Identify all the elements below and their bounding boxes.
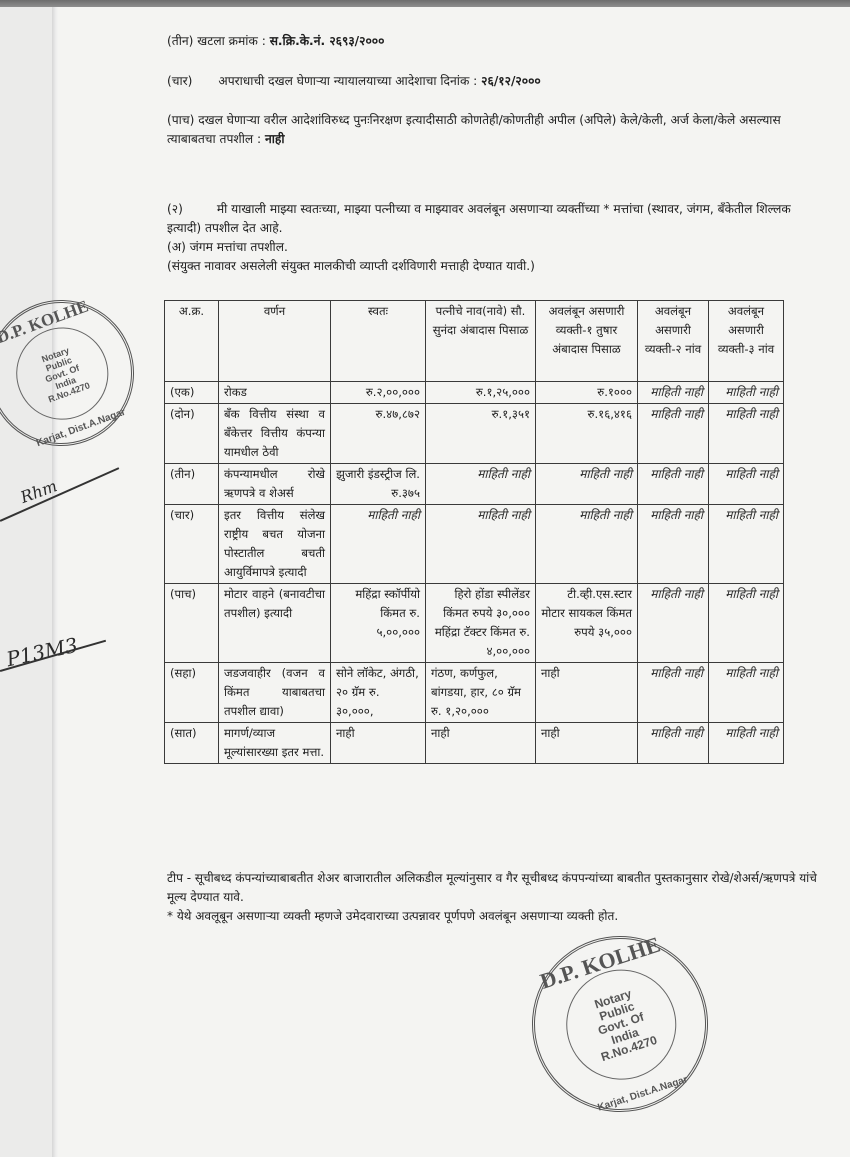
row-number: (एक) <box>165 382 219 404</box>
cell-value: माहिती नाही <box>331 505 426 584</box>
column-header: अवलंबून असणारी व्यक्ती-३ नांव <box>709 301 784 382</box>
cell-value: नाही <box>426 723 536 764</box>
cell-value: माहिती नाही <box>709 584 784 663</box>
row-number: (सात) <box>165 723 219 764</box>
row-number: (पाच) <box>165 584 219 663</box>
cell-value: माहिती नाही <box>638 464 709 505</box>
cell-value: माहिती नाही <box>638 663 709 723</box>
cell-value: माहिती नाही <box>638 382 709 404</box>
cell-value: माहिती नाही <box>638 404 709 464</box>
row-number: (तीन) <box>165 464 219 505</box>
cell-value: रु.१,२५,००० <box>426 382 536 404</box>
appeal-value: नाही <box>265 132 285 146</box>
column-header: वर्णन <box>219 301 331 382</box>
case-number-line: (तीन) खटला क्रमांक : स.क्रि.के.नं. २६९३/… <box>167 32 384 51</box>
table-row: (एक)रोकडरु.२,००,०००रु.१,२५,०००रु.१०००माह… <box>165 382 784 404</box>
case-number-value: स.क्रि.के.नं. २६९३/२००० <box>270 34 385 48</box>
movable-assets-table: अ.क्र.वर्णनस्वतःपत्नीचे नाव(नावे) सौ. सु… <box>164 300 784 764</box>
cell-value: नाही <box>331 723 426 764</box>
cell-value: माहिती नाही <box>426 505 536 584</box>
declaration-text: मी याखाली माझ्या स्वतःच्या, माझ्या पत्नी… <box>167 202 791 235</box>
cell-value: टी.व्ही.एस.स्टार मोटार सायकल किंमत रुपये… <box>536 584 638 663</box>
row-number: (दोन) <box>165 404 219 464</box>
row-description: कंपन्यामधील रोखे ऋणपत्रे व शेअर्स <box>219 464 331 505</box>
row-number: (चार) <box>165 505 219 584</box>
section-note: (संयुक्त नावावर असलेली संयुक्त मालकीची व… <box>167 257 807 276</box>
row-description: मोटार वाहने (बनावटीचा तपशील) इत्यादी <box>219 584 331 663</box>
cell-value: झुजारी इंडस्ट्रीज लि. रु.३७५ <box>331 464 426 505</box>
cell-value: माहिती नाही <box>709 723 784 764</box>
section-title: (अ) जंगम मत्तांचा तपशील. <box>167 238 807 257</box>
footnote-star: * येथे अवलूबून असणाऱ्या व्यक्ती म्हणजे उ… <box>167 907 817 926</box>
appeal-text: (पाच) दखल घेणाऱ्या वरील आदेशांविरुध्द पु… <box>167 113 781 146</box>
table-row: (दोन)बँक वित्तीय संस्था व बँकेत्तर वित्त… <box>165 404 784 464</box>
row-description: जडजवाहीर (वजन व किंमत याबाबतचा तपशील द्य… <box>219 663 331 723</box>
order-date-line: (चार)अपराधाची दखल घेणाऱ्या न्यायालयाच्या… <box>167 72 541 91</box>
column-header: अ.क्र. <box>165 301 219 382</box>
table-row: (सहा)जडजवाहीर (वजन व किंमत याबाबतचा तपशी… <box>165 663 784 723</box>
cell-value: माहिती नाही <box>638 505 709 584</box>
cell-value: माहिती नाही <box>709 505 784 584</box>
cell-value: माहिती नाही <box>709 404 784 464</box>
cell-value: रु.१,३५१ <box>426 404 536 464</box>
row-description: इतर वित्तीय संलेख राष्ट्रीय बचत योजना पो… <box>219 505 331 584</box>
column-header: स्वतः <box>331 301 426 382</box>
column-header: अवलंबून असणारी व्यक्ती-१ तुषार अंबादास प… <box>536 301 638 382</box>
page-fold <box>52 0 58 1157</box>
footnote-block: टीप - सूचीबध्द कंपन्यांच्याबाबतीत शेअर ब… <box>167 869 817 926</box>
table-header-row: अ.क्र.वर्णनस्वतःपत्नीचे नाव(नावे) सौ. सु… <box>165 301 784 382</box>
cell-value: माहिती नाही <box>709 663 784 723</box>
cell-value: रु.१६,४१६ <box>536 404 638 464</box>
table-row: (तीन)कंपन्यामधील रोखे ऋणपत्रे व शेअर्सझु… <box>165 464 784 505</box>
row-description: बँक वित्तीय संस्था व बँकेत्तर वित्तीय कं… <box>219 404 331 464</box>
cell-value: रु.१००० <box>536 382 638 404</box>
cell-value: रु.२,००,००० <box>331 382 426 404</box>
row-number: (सहा) <box>165 663 219 723</box>
cell-value: माहिती नाही <box>426 464 536 505</box>
column-header: पत्नीचे नाव(नावे) सौ. सुनंदा अंबादास पिस… <box>426 301 536 382</box>
footnote-tip: टीप - सूचीबध्द कंपन्यांच्याबाबतीत शेअर ब… <box>167 869 817 907</box>
cell-value: रु.४७,८७२ <box>331 404 426 464</box>
declaration-number: (२) <box>167 202 183 216</box>
order-date-text: अपराधाची दखल घेणाऱ्या न्यायालयाच्या आदेश… <box>218 74 481 88</box>
page-margin <box>0 0 54 1157</box>
cell-value: माहिती नाही <box>536 464 638 505</box>
cell-value: गंठण, कर्णफुल, बांगडया, हार, ८० ग्रॅम रु… <box>426 663 536 723</box>
table-row: (पाच)मोटार वाहने (बनावटीचा तपशील) इत्याद… <box>165 584 784 663</box>
cell-value: माहिती नाही <box>536 505 638 584</box>
cell-value: महिंद्रा स्कॉर्पीयो किंमत रु. ५,००,००० <box>331 584 426 663</box>
cell-value: माहिती नाही <box>638 584 709 663</box>
row-description: मागर्ण/व्याज मूल्यांसारख्या इतर मत्ता. <box>219 723 331 764</box>
order-date-label: (चार) <box>167 74 192 88</box>
cell-value: हिरो होंडा स्पीलेंडर किंमत रुपये ३०,००० … <box>426 584 536 663</box>
row-description: रोकड <box>219 382 331 404</box>
cell-value: माहिती नाही <box>709 464 784 505</box>
cell-value: नाही <box>536 723 638 764</box>
declaration-block: (२)मी याखाली माझ्या स्वतःच्या, माझ्या पत… <box>167 200 807 276</box>
cell-value: नाही <box>536 663 638 723</box>
order-date-value: २६/१२/२००० <box>481 74 541 88</box>
notary-stamp: D.P. KOLHE Notary Public Govt. Of India … <box>509 913 731 1135</box>
table-row: (चार)इतर वित्तीय संलेख राष्ट्रीय बचत योज… <box>165 505 784 584</box>
appeal-line: (पाच) दखल घेणाऱ्या वरील आदेशांविरुध्द पु… <box>167 111 807 149</box>
table-row: (सात)मागर्ण/व्याज मूल्यांसारख्या इतर मत्… <box>165 723 784 764</box>
case-number-label: (तीन) खटला क्रमांक : <box>167 34 270 48</box>
cell-value: सोने लॉकेट, अंगठी, २० ग्रॅम रु. ३०,०००, <box>331 663 426 723</box>
cell-value: माहिती नाही <box>709 382 784 404</box>
cell-value: माहिती नाही <box>638 723 709 764</box>
scan-edge <box>0 0 850 7</box>
column-header: अवलंबून असणारी व्यक्ती-२ नांव <box>638 301 709 382</box>
